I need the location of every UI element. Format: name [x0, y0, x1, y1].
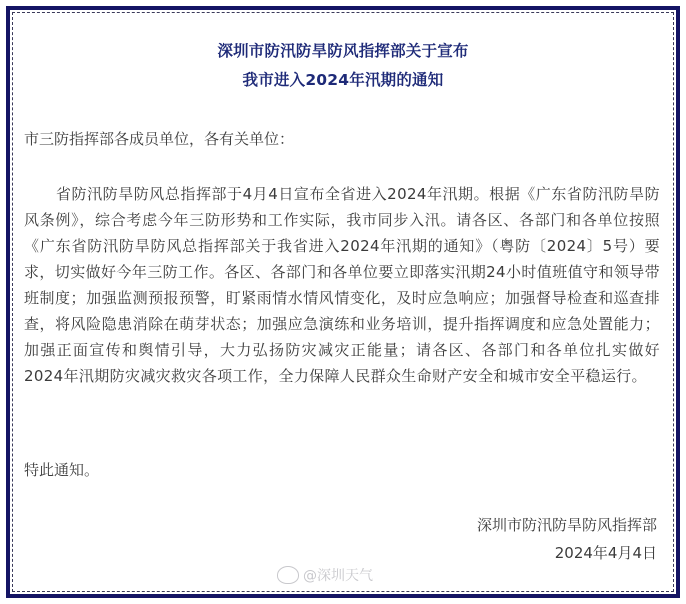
- signature-org: 深圳市防汛防旱防风指挥部: [477, 514, 657, 535]
- document-frame: 深圳市防汛防旱防风指挥部关于宣布 我市进入2024年汛期的通知 市三防指挥部各成…: [6, 6, 680, 598]
- watermark: @深圳天气: [277, 565, 373, 585]
- salutation: 市三防指挥部各成员单位，各有关单位：: [24, 128, 294, 149]
- signature-date: 2024年4月4日: [555, 542, 657, 563]
- body-paragraph: 省防汛防旱防风总指挥部于4月4日宣布全省进入2024年汛期。根据《广东省防汛防旱…: [24, 181, 660, 389]
- watermark-text: @深圳天气: [303, 565, 373, 585]
- title-line-2: 我市进入2024年汛期的通知: [13, 68, 673, 90]
- weibo-icon: [277, 566, 299, 584]
- title-line-1: 深圳市防汛防旱防风指挥部关于宣布: [13, 39, 673, 61]
- dashed-inner-border: 深圳市防汛防旱防风指挥部关于宣布 我市进入2024年汛期的通知 市三防指挥部各成…: [12, 12, 674, 592]
- closing-line: 特此通知。: [24, 459, 99, 480]
